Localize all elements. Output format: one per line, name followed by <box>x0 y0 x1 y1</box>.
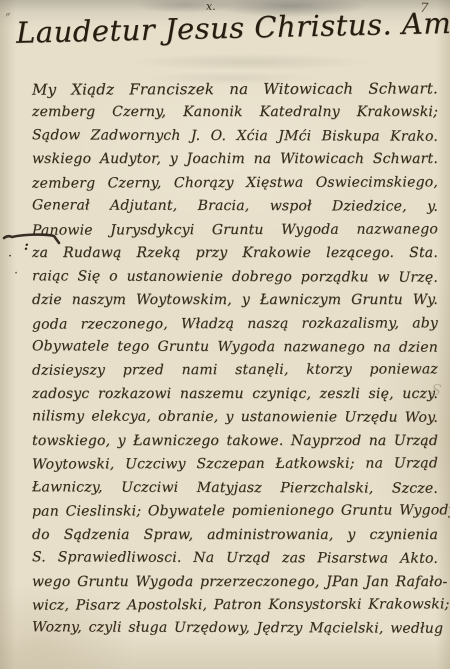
manuscript-line: za Rudawą Rzeką przy Krakowie lezącego. … <box>32 242 438 265</box>
manuscript-line: wego Gruntu Wygoda przerzeczonego, JPan … <box>32 571 438 594</box>
manuscript-line: wicz, Pisarz Apostolski, Patron Konsysto… <box>32 593 438 618</box>
manuscript-line: wskiego Audytor, y Joachim na Witowicach… <box>32 148 438 171</box>
top-left-scribble: ” <box>4 10 13 24</box>
manuscript-line: Ławniczy, Uczciwi Matyjasz Pierzchalski,… <box>32 476 438 501</box>
margin-dot-mark: · <box>14 266 18 281</box>
manuscript-line: zadosyc rozkazowi naszemu czyniąc, zeszl… <box>32 383 438 406</box>
manuscript-line: Sądow Zadwornych J. O. Xćia JMći Biskupa… <box>32 124 438 149</box>
manuscript-line: dzisieyszy przed nami stanęli, ktorzy po… <box>32 359 438 384</box>
manuscript-line: Woytowski, Uczciwy Szczepan Łatkowski; n… <box>32 453 438 478</box>
manuscript-line: raiąc Się o ustanowienie dobrego porządk… <box>32 265 438 290</box>
manuscript-line: My Xiądz Franciszek na Witowicach Schwar… <box>32 77 438 102</box>
manuscript-line: S. Sprawiedliwosci. Na Urząd zas Pisarst… <box>32 546 438 571</box>
manuscript-line: do Sądzenia Spraw, administrowania, y cz… <box>32 524 438 547</box>
manuscript-line: Panowie Jurysdykcyi Gruntu Wygoda nazwan… <box>32 218 438 243</box>
manuscript-line: zemberg Czerny, Chorązy Xięstwa Oswiecim… <box>32 171 438 196</box>
manuscript-line: goda rzeczonego, Władzą naszą rozkazalis… <box>32 312 438 337</box>
page-title: Laudetur Jesus Christus. Amen. <box>16 5 441 51</box>
manuscript-line: Wozny, czyli sługa Urzędowy, Jędrzy Mąci… <box>32 617 438 642</box>
manuscript-line: dzie naszym Woytowskim, y Ławniczym Grun… <box>32 289 438 312</box>
margin-dot-mark: · <box>8 249 12 264</box>
manuscript-line: nilismy elekcya, obranie, y ustanowienie… <box>32 406 438 431</box>
manuscript-body: My Xiądz Franciszek na Witowicach Schwar… <box>32 78 438 641</box>
margin-colon-mark: : <box>24 239 29 254</box>
manuscript-line: Obywatele tego Gruntu Wygoda nazwanego n… <box>32 335 438 360</box>
manuscript-page: ” x. 7 Laudetur Jesus Christus. Amen. : … <box>0 0 450 669</box>
manuscript-line: pan Cieslinski; Obywatele pomienionego G… <box>32 500 438 525</box>
manuscript-line: zemberg Czerny, Kanonik Katedralny Krako… <box>32 101 438 124</box>
manuscript-line: towskiego, y Ławniczego takowe. Nayprzod… <box>32 430 438 453</box>
manuscript-line: Generał Adjutant, Bracia, wspoł Dziedzic… <box>32 195 438 220</box>
